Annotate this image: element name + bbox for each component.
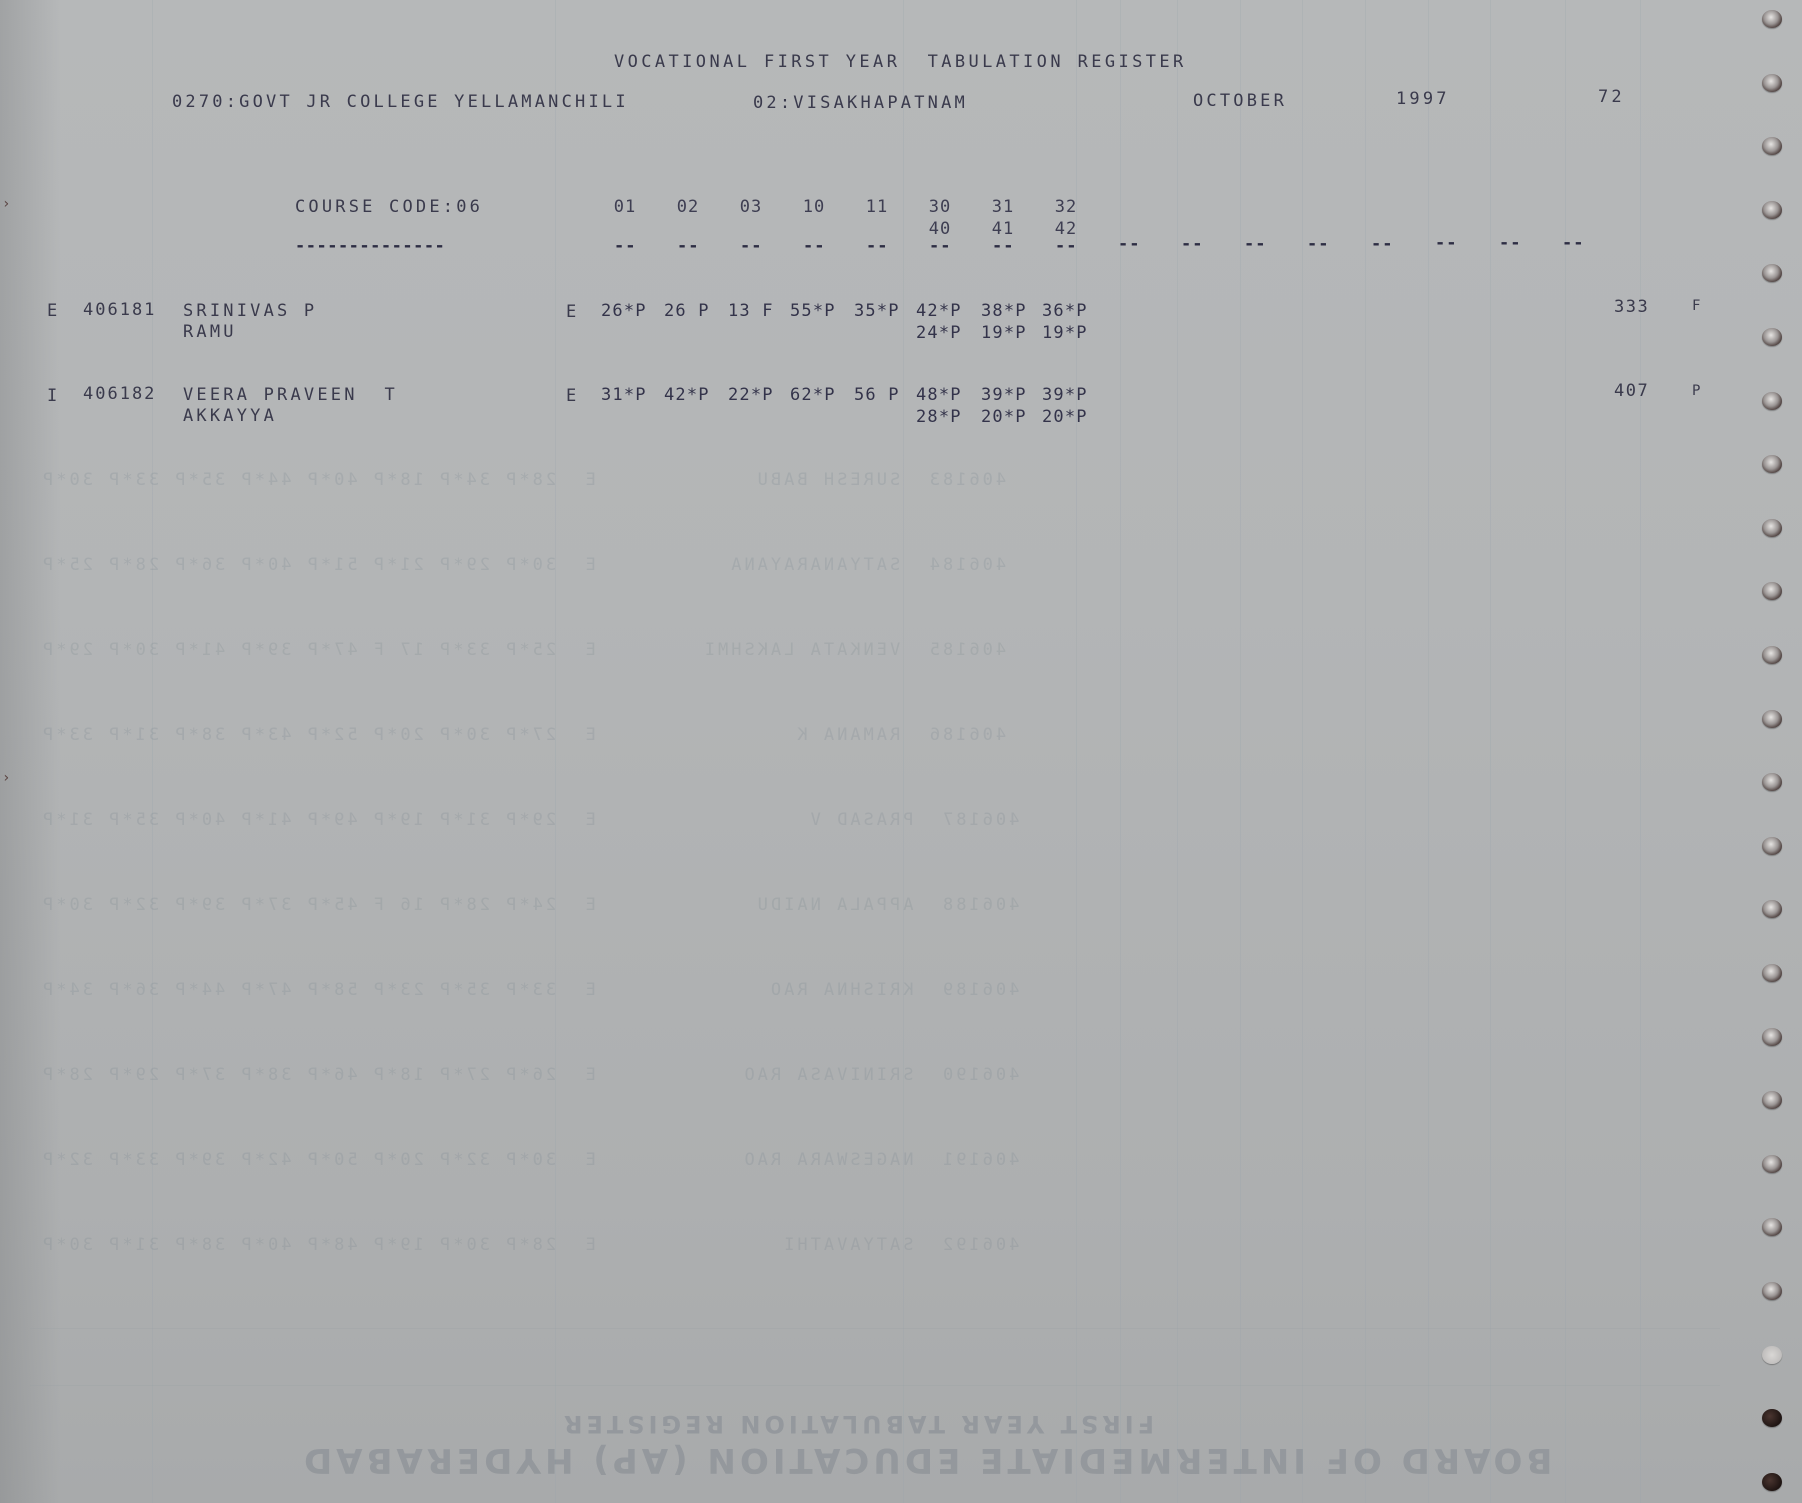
exam-month: OCTOBER bbox=[1193, 91, 1287, 111]
ruling-line bbox=[1565, 0, 1566, 1503]
roll-number: 406181 bbox=[83, 300, 156, 320]
mark-11: 35*P bbox=[854, 301, 900, 321]
ruling-line bbox=[1120, 0, 1121, 1503]
sprocket-hole bbox=[1762, 328, 1782, 346]
ruling-line bbox=[1177, 0, 1178, 1503]
paper-sheet bbox=[0, 0, 1802, 1503]
course-code-label: COURSE CODE:06 bbox=[295, 197, 483, 217]
student-name: VEERA PRAVEEN T bbox=[183, 385, 398, 405]
show-through-text: 406191 NAGESWARA RAO E 30*P 32*P 20*P 50… bbox=[40, 1150, 1019, 1170]
result: P bbox=[1692, 381, 1704, 401]
ruling-line bbox=[1302, 0, 1303, 1503]
mark-32: 39*P bbox=[1042, 385, 1088, 405]
mark-30: 48*P bbox=[916, 385, 962, 405]
mark-40: 28*P bbox=[916, 407, 962, 427]
medium: E bbox=[566, 302, 579, 322]
sprocket-hole bbox=[1762, 1282, 1782, 1300]
mark-02: 42*P bbox=[664, 385, 710, 405]
sprocket-hole bbox=[1762, 1028, 1782, 1046]
sprocket-hole bbox=[1762, 964, 1782, 982]
subject-code-32: 32 bbox=[1046, 197, 1086, 217]
mark-03: 13 F bbox=[728, 301, 774, 321]
mark-01: 31*P bbox=[601, 385, 647, 405]
show-through-text: 406185 VENKATA LAKSHMI E 25*P 33*P 17 F … bbox=[40, 640, 1006, 660]
sprocket-hole bbox=[1762, 392, 1782, 410]
show-through-text: 406187 PRASAD V E 29*P 31*P 19*P 49*P 41… bbox=[40, 810, 1019, 830]
mark-31: 38*P bbox=[981, 301, 1027, 321]
medium: E bbox=[566, 386, 579, 406]
roll-number: 406182 bbox=[83, 384, 156, 404]
column-dash: -- bbox=[992, 236, 1014, 256]
mark-11: 56 P bbox=[854, 385, 900, 405]
sprocket-hole bbox=[1762, 710, 1782, 728]
subject-code-31: 31 bbox=[983, 197, 1023, 217]
subject-code-03: 03 bbox=[731, 197, 771, 217]
column-dash: -- bbox=[1181, 234, 1203, 254]
exam-year: 1997 bbox=[1396, 89, 1450, 109]
show-through-text: 406188 APPALA NAIDU E 24*P 28*P 16 F 45*… bbox=[40, 895, 1019, 915]
mark-32: 36*P bbox=[1042, 301, 1088, 321]
record-prefix: I bbox=[47, 386, 60, 406]
page-edge-shadow bbox=[0, 0, 60, 1503]
column-dash: -- bbox=[1307, 234, 1329, 254]
show-through-footer: BOARD OF INTERMEDIATE EDUCATION (AP) HYD… bbox=[300, 1440, 1552, 1480]
sprocket-hole bbox=[1762, 1473, 1782, 1491]
subject-code-30: 30 bbox=[920, 197, 960, 217]
mark-41: 19*P bbox=[981, 323, 1027, 343]
column-dash: -- bbox=[803, 236, 825, 256]
show-through-text: 406190 SRINIVASA RAO E 26*P 27*P 18*P 46… bbox=[40, 1065, 1019, 1085]
ruling-line bbox=[1490, 0, 1491, 1503]
ruling-line bbox=[555, 0, 556, 1503]
father-name: RAMU bbox=[183, 322, 237, 342]
mark-42: 19*P bbox=[1042, 323, 1088, 343]
mark-30: 42*P bbox=[916, 301, 962, 321]
show-through-text: 406184 SATYANARAYANA E 30*P 29*P 21*P 51… bbox=[40, 555, 1006, 575]
page-number: 72 bbox=[1598, 87, 1625, 107]
course-code-underline: -------------- bbox=[295, 236, 445, 256]
district-name: 02:VISAKHAPATNAM bbox=[753, 93, 968, 113]
sprocket-hole bbox=[1762, 201, 1782, 219]
sprocket-hole bbox=[1762, 646, 1782, 664]
column-dash: -- bbox=[614, 236, 636, 256]
show-through-text: 406192 SATYAVATHI E 28*P 30*P 19*P 48*P … bbox=[40, 1235, 1019, 1255]
mark-31: 39*P bbox=[981, 385, 1027, 405]
column-dash: -- bbox=[740, 236, 762, 256]
ruling-line bbox=[30, 1385, 1720, 1386]
column-dash: -- bbox=[1244, 234, 1266, 254]
margin-mark: › bbox=[2, 770, 10, 786]
show-through-footer: FIRST YEAR TABULATION REGISTER bbox=[560, 1410, 1154, 1438]
subject-code-01: 01 bbox=[605, 197, 645, 217]
column-dash: -- bbox=[1055, 236, 1077, 256]
margin-mark: › bbox=[2, 196, 10, 212]
column-dash: -- bbox=[677, 236, 699, 256]
mark-03: 22*P bbox=[728, 385, 774, 405]
subject-code-11: 11 bbox=[857, 197, 897, 217]
ruling-line bbox=[1240, 0, 1241, 1503]
mark-40: 24*P bbox=[916, 323, 962, 343]
sprocket-hole bbox=[1762, 1155, 1782, 1173]
total-marks: 333 bbox=[1614, 297, 1649, 317]
sprocket-hole bbox=[1762, 519, 1782, 537]
column-dash: -- bbox=[1435, 233, 1457, 253]
mark-01: 26*P bbox=[601, 301, 647, 321]
mark-10: 55*P bbox=[790, 301, 836, 321]
ruling-line bbox=[1640, 0, 1641, 1503]
student-name: SRINIVAS P bbox=[183, 301, 317, 321]
mark-42: 20*P bbox=[1042, 407, 1088, 427]
result: F bbox=[1692, 296, 1704, 316]
sprocket-hole bbox=[1762, 10, 1782, 28]
column-dash: -- bbox=[1118, 234, 1140, 254]
column-dash: -- bbox=[1371, 234, 1393, 254]
mark-10: 62*P bbox=[790, 385, 836, 405]
subject-code-02: 02 bbox=[668, 197, 708, 217]
sprocket-hole bbox=[1762, 837, 1782, 855]
show-through-text: 406186 RAMANA K E 27*P 30*P 20*P 52*P 43… bbox=[40, 725, 1006, 745]
ruling-line bbox=[1365, 0, 1366, 1503]
mark-41: 20*P bbox=[981, 407, 1027, 427]
sprocket-hole bbox=[1762, 1346, 1782, 1364]
column-dash: -- bbox=[866, 236, 888, 256]
father-name: AKKAYYA bbox=[183, 406, 277, 426]
mark-02: 26 P bbox=[664, 301, 710, 321]
college-name: 0270:GOVT JR COLLEGE YELLAMANCHILI bbox=[172, 92, 629, 112]
column-dash: -- bbox=[1562, 233, 1584, 253]
register-title: VOCATIONAL FIRST YEAR TABULATION REGISTE… bbox=[614, 52, 1187, 72]
record-prefix: E bbox=[47, 301, 60, 321]
show-through-text: 406183 SURESH BABU E 28*P 34*P 18*P 40*P… bbox=[40, 470, 1006, 490]
show-through-text: 406189 KRISHNA RAO E 33*P 35*P 23*P 58*P… bbox=[40, 980, 1019, 1000]
column-dash: -- bbox=[1499, 233, 1521, 253]
ruling-line bbox=[152, 0, 153, 1503]
column-dash: -- bbox=[929, 236, 951, 256]
subject-code-10: 10 bbox=[794, 197, 834, 217]
sprocket-hole bbox=[1762, 74, 1782, 92]
ruling-line bbox=[903, 0, 904, 1503]
ruling-line bbox=[1428, 0, 1429, 1503]
total-marks: 407 bbox=[1614, 381, 1649, 401]
ruling-line bbox=[30, 1328, 1720, 1329]
